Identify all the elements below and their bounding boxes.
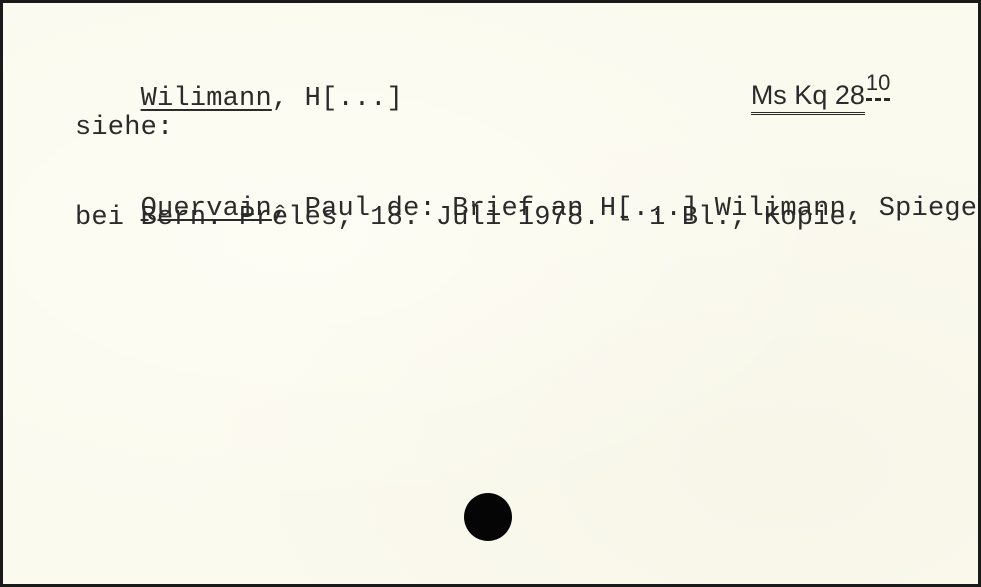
entry-line-2: bei Bern. Prêles, 18. Juli 1978. - 1 Bl.…	[75, 205, 862, 232]
catalog-card: Wilimann, H[...] Ms Kq 2810 siehe: Querv…	[3, 3, 978, 584]
shelfmark: Ms Kq 2810	[686, 55, 890, 139]
heading-name-suffix: , H[...]	[272, 84, 403, 114]
shelfmark-prefix: Ms Kq 28	[751, 80, 865, 115]
shelfmark-superscript: 10	[866, 72, 890, 94]
punch-hole	[464, 493, 512, 541]
shelfmark-dash-rule	[866, 98, 890, 101]
shelfmark-superscript-text: 10	[866, 70, 890, 95]
see-label: siehe:	[75, 115, 173, 142]
heading-name: Wilimann	[141, 84, 272, 114]
